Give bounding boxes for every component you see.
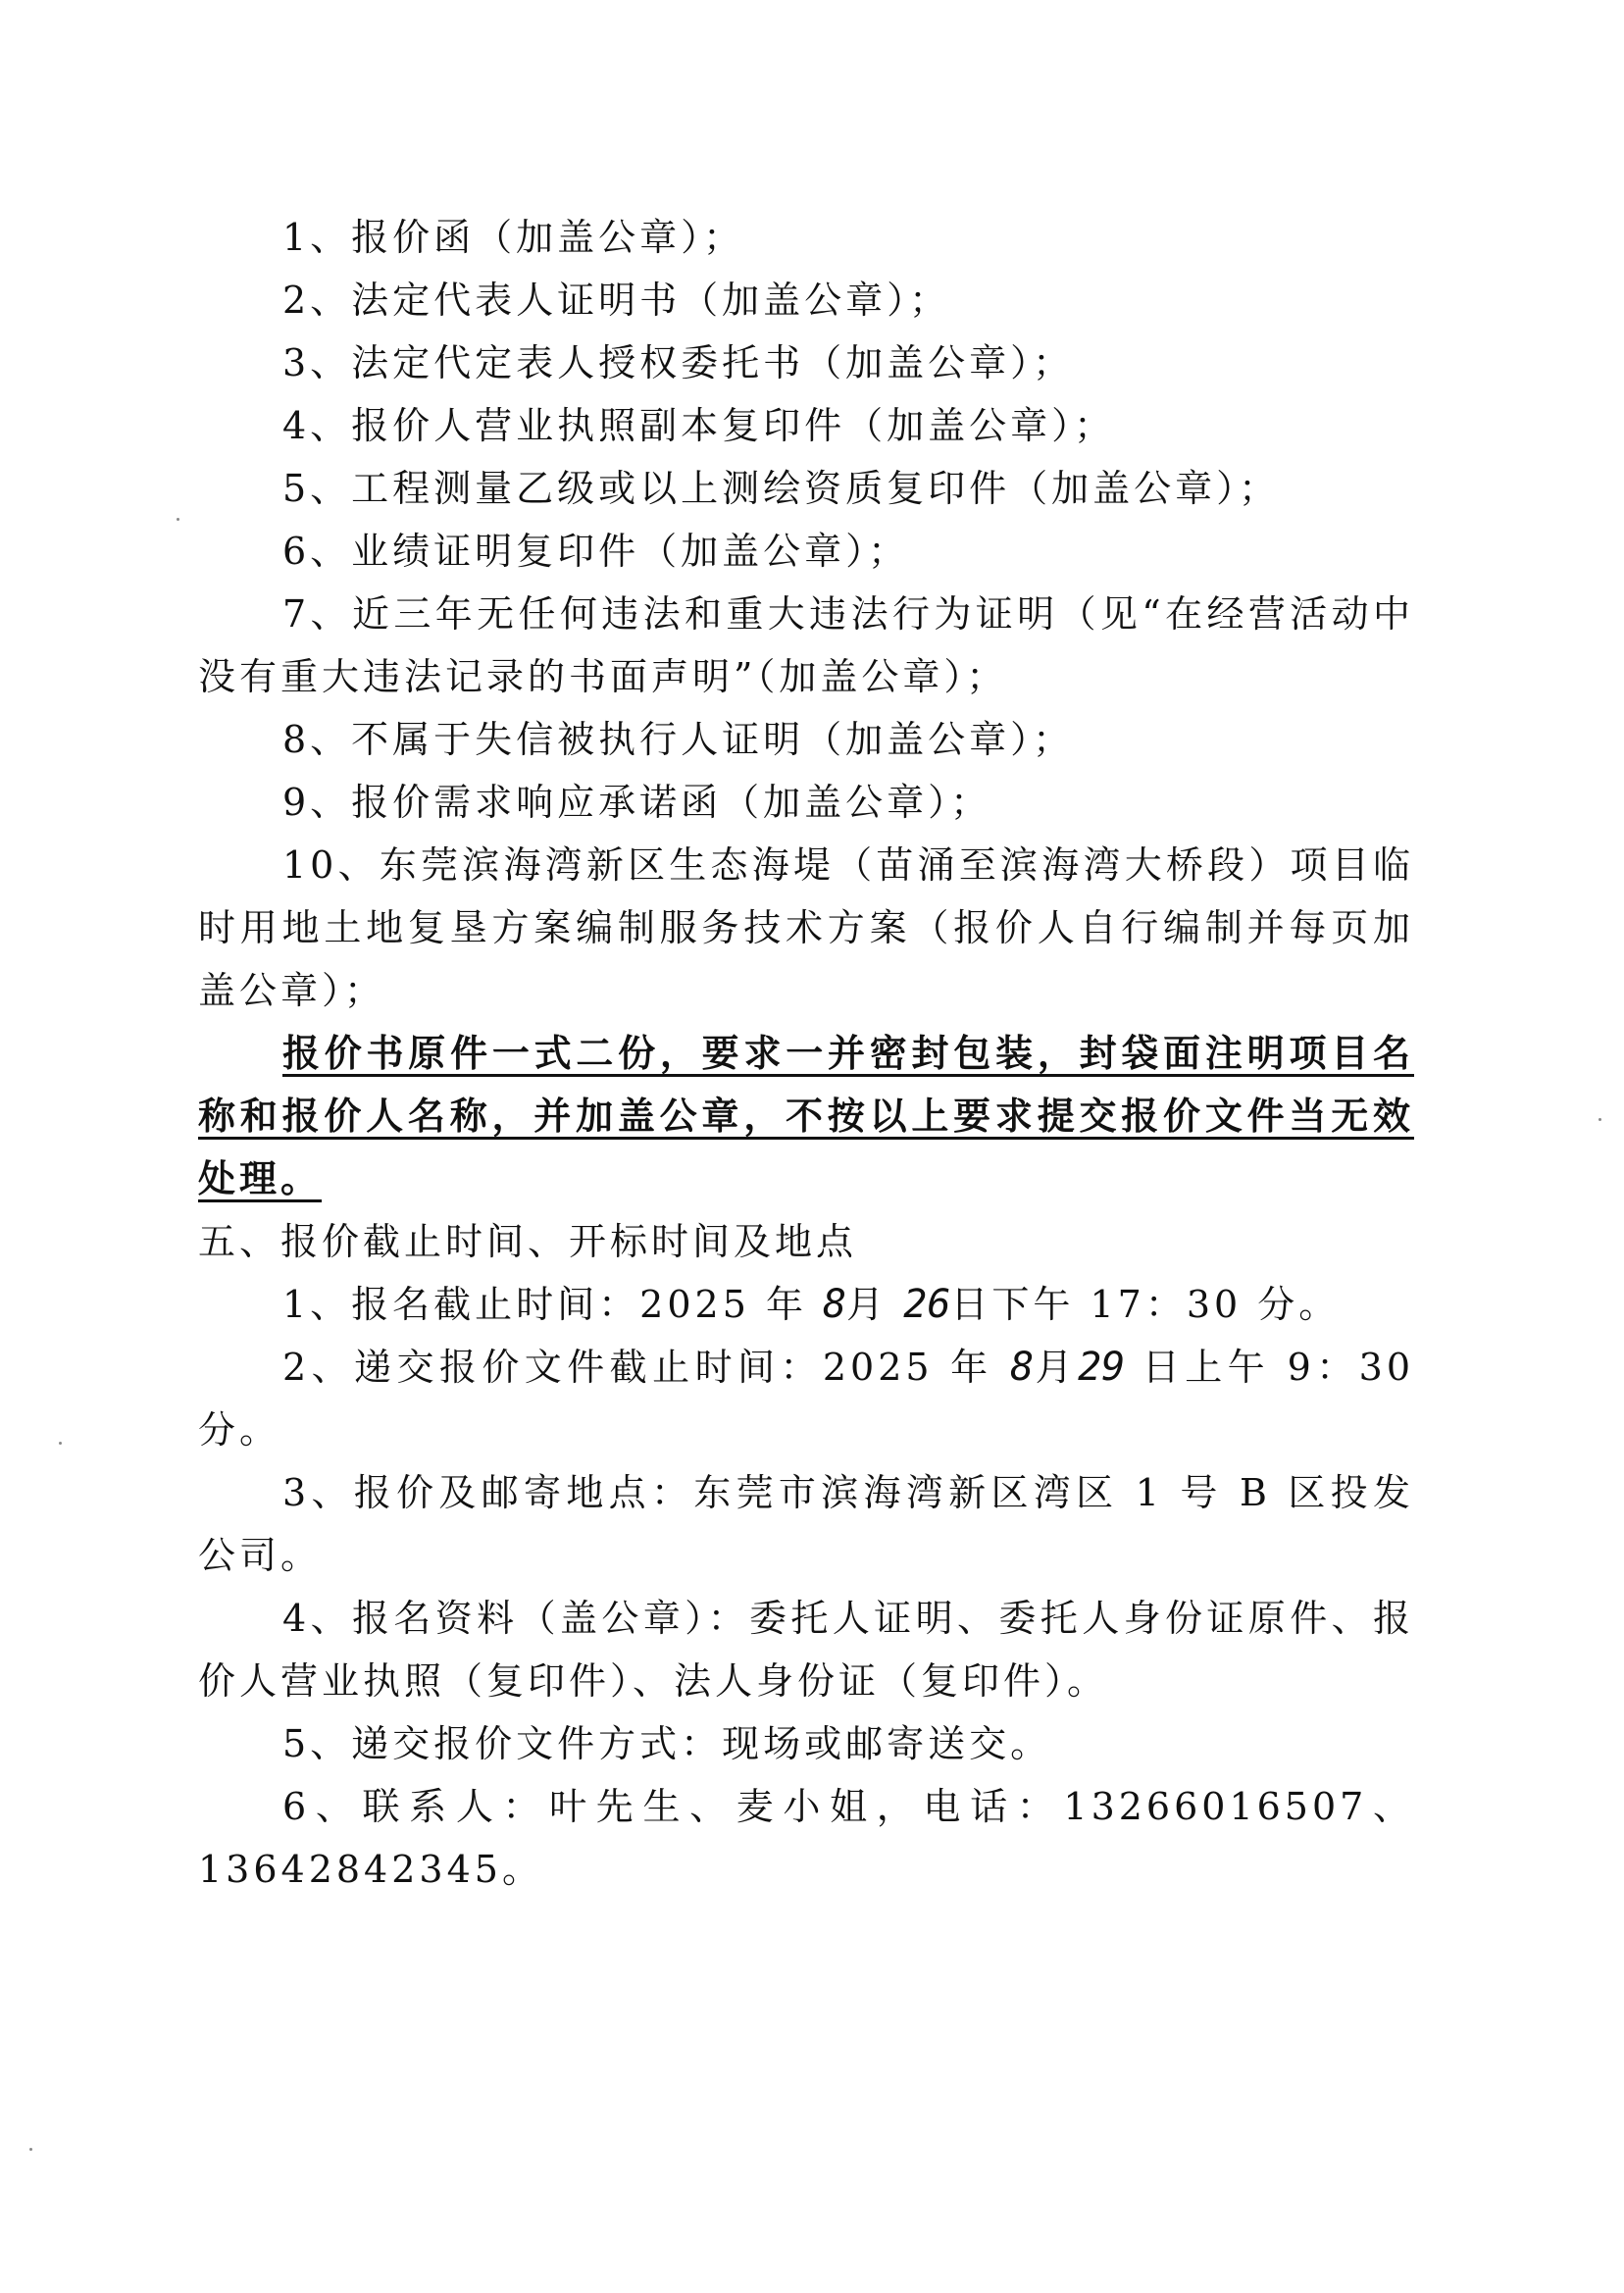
handwritten-month: 8 (823, 1282, 846, 1327)
handwritten-month: 8 (1010, 1345, 1034, 1390)
document-page: 1、报价函（加盖公章）； 2、法定代表人证明书（加盖公章）； 3、法定代定表人授… (0, 0, 1624, 2293)
list-item-10: 10、东莞滨海湾新区生态海堤（苗涌至滨海湾大桥段）项目临时用地土地复垦方案编制服… (198, 834, 1414, 1022)
section-item-4: 4、报名资料（盖公章）：委托人证明、委托人身份证原件、报价人营业执照（复印件）、… (198, 1587, 1414, 1712)
section-item-2: 2、递交报价文件截止时间：2025 年 8月29 日上午 9：30 分。 (198, 1336, 1414, 1461)
handwritten-day: 26 (903, 1282, 950, 1327)
list-item-6: 6、业绩证明复印件（加盖公章）； (198, 520, 1414, 583)
list-item-2: 2、法定代表人证明书（加盖公章）； (198, 269, 1414, 331)
section-heading: 五、报价截止时间、开标时间及地点 (198, 1210, 1414, 1273)
list-item-3: 3、法定代定表人授权委托书（加盖公章）； (198, 331, 1414, 394)
scan-speck (177, 518, 179, 521)
month-label: 月 (846, 1283, 903, 1326)
scan-speck (1599, 1118, 1601, 1121)
list-item-8: 8、不属于失信被执行人证明（加盖公章）； (198, 708, 1414, 771)
registration-deadline-suffix: 日下午 17：30 分。 (950, 1283, 1340, 1326)
list-item-5: 5、工程测量乙级或以上测绘资质复印件（加盖公章）； (198, 457, 1414, 520)
section-item-1: 1、报名截止时间：2025 年 8月 26日下午 17：30 分。 (198, 1273, 1414, 1336)
registration-deadline-prefix: 1、报名截止时间：2025 年 (282, 1283, 823, 1326)
notice-text: 报价书原件一式二份，要求一并密封包装，封袋面注明项目名称和报价人名称，并加盖公章… (198, 1031, 1414, 1200)
scan-speck (59, 1442, 62, 1445)
handwritten-day: 29 (1078, 1345, 1125, 1390)
submission-deadline-prefix: 2、递交报价文件截止时间：2025 年 (282, 1346, 1010, 1389)
list-item-1: 1、报价函（加盖公章）； (198, 206, 1414, 269)
section-item-5: 5、递交报价文件方式：现场或邮寄送交。 (198, 1712, 1414, 1775)
scan-speck (29, 2148, 32, 2151)
notice-paragraph: 报价书原件一式二份，要求一并密封包装，封袋面注明项目名称和报价人名称，并加盖公章… (198, 1022, 1414, 1210)
section-item-6: 6、联系人：叶先生、麦小姐，电话：13266016507、13642842345… (198, 1775, 1414, 1901)
month-label: 月 (1034, 1346, 1078, 1389)
list-item-4: 4、报价人营业执照副本复印件（加盖公章）； (198, 394, 1414, 457)
section-item-3: 3、报价及邮寄地点：东莞市滨海湾新区湾区 1 号 B 区投发公司。 (198, 1461, 1414, 1587)
document-body: 1、报价函（加盖公章）； 2、法定代表人证明书（加盖公章）； 3、法定代定表人授… (198, 206, 1414, 1901)
list-item-9: 9、报价需求响应承诺函（加盖公章）； (198, 771, 1414, 834)
list-item-7: 7、近三年无任何违法和重大违法行为证明（见“在经营活动中没有重大违法记录的书面声… (198, 583, 1414, 708)
